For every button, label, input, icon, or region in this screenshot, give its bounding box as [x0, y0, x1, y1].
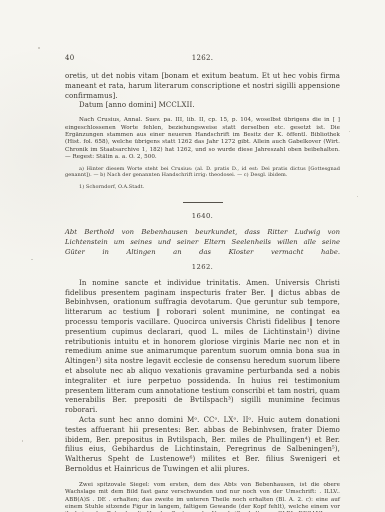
- charter-body-paragraph-2: Acta sunt hec anno domini Mᵒ. CCᵒ. LXᵒ. …: [65, 416, 340, 475]
- page-number: 40: [65, 54, 75, 62]
- section-divider-rule: [183, 202, 223, 203]
- charter-body-paragraph-1: In nomine sancte et individue trinitatis…: [65, 279, 340, 416]
- previous-charter-datum-line: Datum [anno domini] MCCLXII.: [65, 101, 340, 111]
- scan-speck: [38, 47, 40, 49]
- scan-speck: [31, 259, 33, 260]
- previous-charter-variant-footnotes: a) Hinter diesem Worte steht bei Crusius…: [65, 166, 340, 179]
- charter-date: 1262.: [65, 263, 340, 271]
- scan-speck: [349, 131, 350, 132]
- charter-regest: Abt Berthold von Bebenhausen beurkundet,…: [65, 227, 340, 257]
- charter-seal-description-note: Zwei spitzovale Siegel: vom ersten, dem …: [65, 482, 340, 512]
- charter-number: 1640.: [65, 212, 340, 220]
- running-head-year: 1262.: [65, 54, 340, 62]
- running-head: 40 1262.: [65, 54, 340, 63]
- scan-speck: [357, 196, 358, 197]
- previous-charter-continuation-text: oretis, ut det nobis vitam [bonam et exi…: [65, 72, 340, 101]
- scanned-book-page: 40 1262. oretis, ut det nobis vitam [bon…: [0, 0, 385, 512]
- previous-charter-source-note: Nach Crusius, Annal. Suev. pa. III, lib.…: [65, 117, 340, 161]
- previous-charter-footnote-1: 1) Schorndorf, O.A.Stadt.: [65, 184, 340, 190]
- scan-speck: [22, 440, 23, 442]
